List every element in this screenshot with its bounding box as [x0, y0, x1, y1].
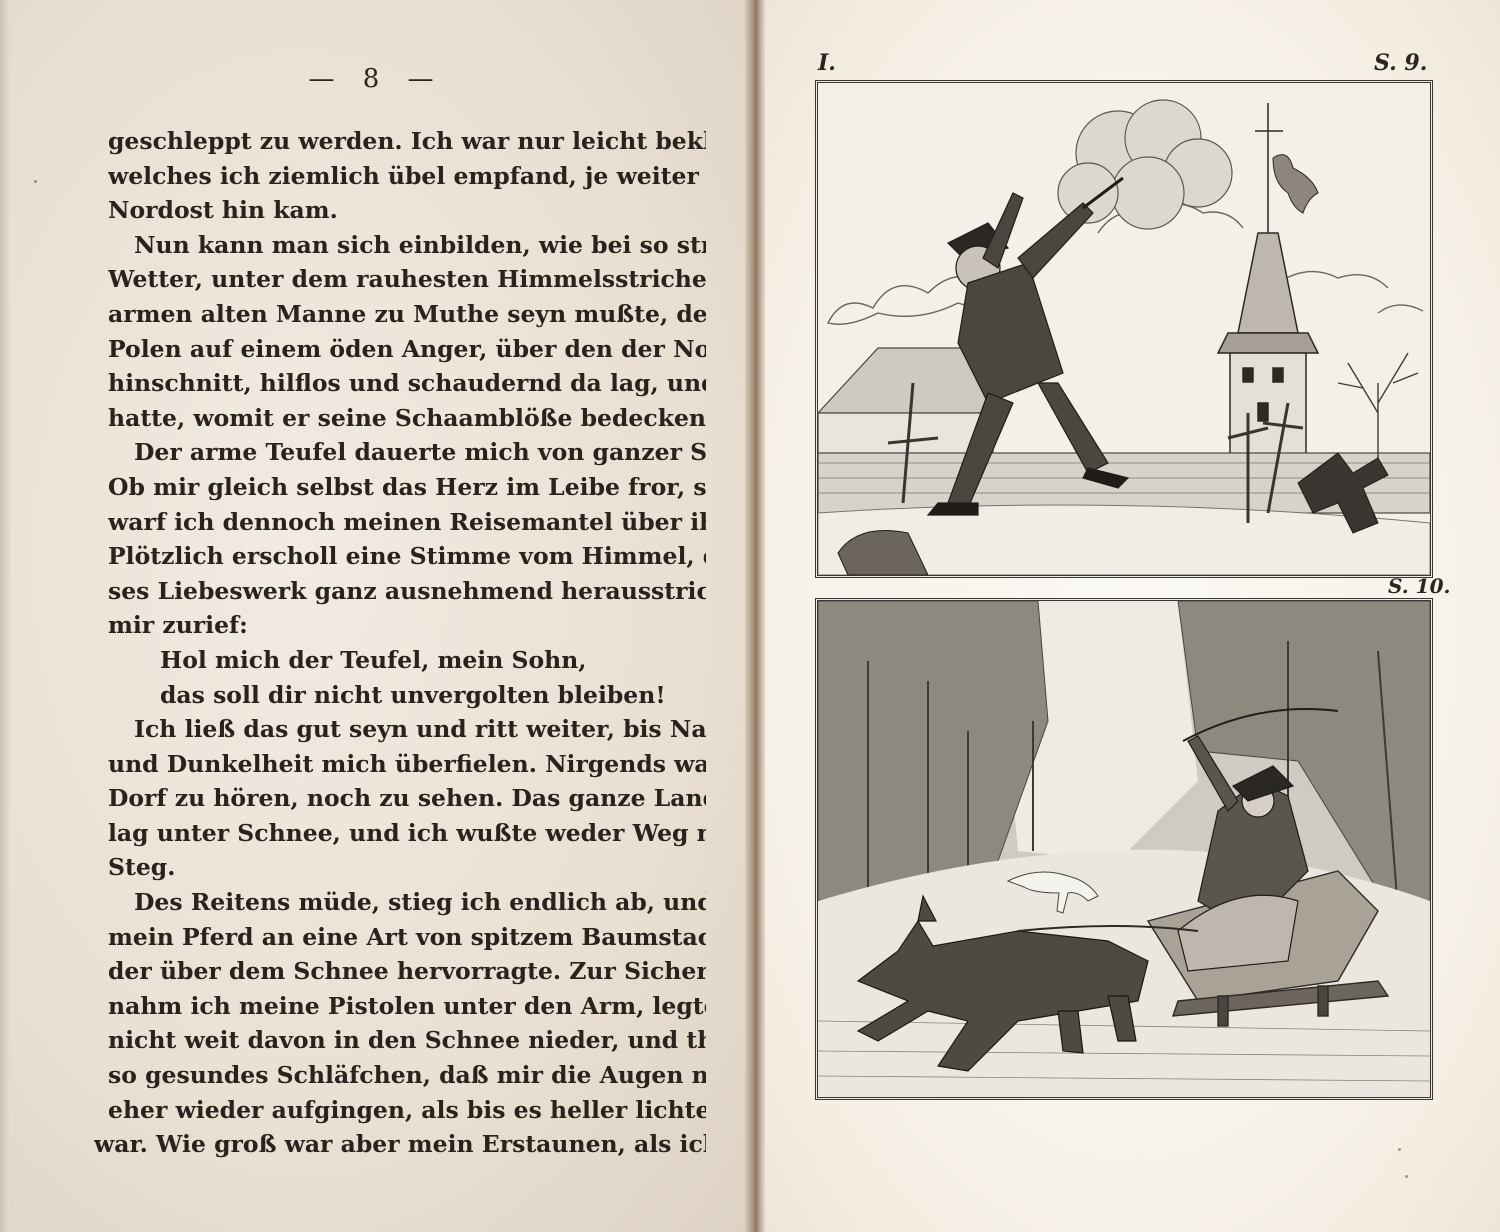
illustration-wolf-sleigh: [815, 598, 1433, 1100]
text-line: mir zurief:: [108, 608, 706, 643]
engraving-steeple-icon: [818, 83, 1430, 575]
text-line: hatte, womit er seine Schaamblöße bedeck…: [108, 401, 706, 436]
text-line: Hol mich der Teufel, mein Sohn,: [108, 643, 706, 678]
text-line: war. Wie groß war aber mein Erstaunen, a…: [94, 1127, 706, 1162]
text-line: Wetter, unter dem rauhesten Himmelsstric…: [108, 262, 706, 297]
text-line: so gesundes Schläfchen, daß mir die Auge…: [108, 1058, 706, 1093]
page-number: — 8 —: [0, 64, 752, 94]
text-line: Steg.: [108, 850, 706, 885]
paper-speck: [1405, 1175, 1408, 1178]
text-line: Plötzlich erscholl eine Stimme vom Himme…: [108, 539, 706, 574]
text-line: geschleppt zu werden. Ich war nur leicht…: [108, 124, 706, 159]
text-line: der über dem Schnee hervorragte. Zur Sic…: [108, 954, 706, 989]
text-line: und Dunkelheit mich überfielen. Nirgends…: [108, 747, 706, 782]
text-line: nicht weit davon in den Schnee nieder, u…: [108, 1023, 706, 1058]
text-line: Ich ließ das gut seyn und ritt weiter, b…: [108, 712, 706, 747]
text-line: hinschnitt, hilflos und schaudernd da la…: [108, 366, 706, 401]
text-line: Des Reitens müde, stieg ich endlich ab, …: [108, 885, 706, 920]
text-line: warf ich dennoch meinen Reisemantel über…: [108, 505, 706, 540]
text-line: das soll dir nicht unvergolten bleiben!: [108, 678, 706, 713]
plate-number: I.: [818, 50, 836, 76]
text-line: Ob mir gleich selbst das Herz im Leibe f…: [108, 470, 706, 505]
text-line: lag unter Schnee, und ich wußte weder We…: [108, 816, 706, 851]
plate-caption-bottom: S. 10.: [1388, 574, 1450, 598]
text-line: Der arme Teufel dauerte mich von ganzer …: [108, 435, 706, 470]
text-line: Polen auf einem öden Anger, über den der…: [108, 332, 706, 367]
text-line: mein Pferd an eine Art von spitzem Baums…: [108, 920, 706, 955]
text-line: nahm ich meine Pistolen unter den Arm, l…: [108, 989, 706, 1024]
text-line: Dorf zu hören, noch zu sehen. Das ganze …: [108, 781, 706, 816]
paper-speck: [34, 180, 37, 183]
page-edge: [0, 0, 10, 1232]
left-page: — 8 — geschleppt zu werden. Ich war nur …: [0, 0, 752, 1232]
text-line: ses Liebeswerk ganz ausnehmend herausstr…: [108, 574, 706, 609]
text-line: eher wieder aufgingen, als bis es heller…: [108, 1093, 706, 1128]
engraving-wolf-sleigh-icon: [818, 601, 1430, 1097]
text-line: Nordost hin kam.: [108, 193, 706, 228]
paper-speck: [1398, 1148, 1401, 1151]
illustration-steeple-shot: [815, 80, 1433, 578]
body-text: geschleppt zu werden. Ich war nur leicht…: [108, 124, 706, 1162]
text-line: armen alten Manne zu Muthe seyn mußte, d…: [108, 297, 706, 332]
book-spine: [745, 0, 767, 1232]
text-line: welches ich ziemlich übel empfand, je we…: [108, 159, 706, 194]
plate-caption-top: S. 9.: [1374, 50, 1427, 76]
text-line: Nun kann man sich einbilden, wie bei so …: [108, 228, 706, 263]
